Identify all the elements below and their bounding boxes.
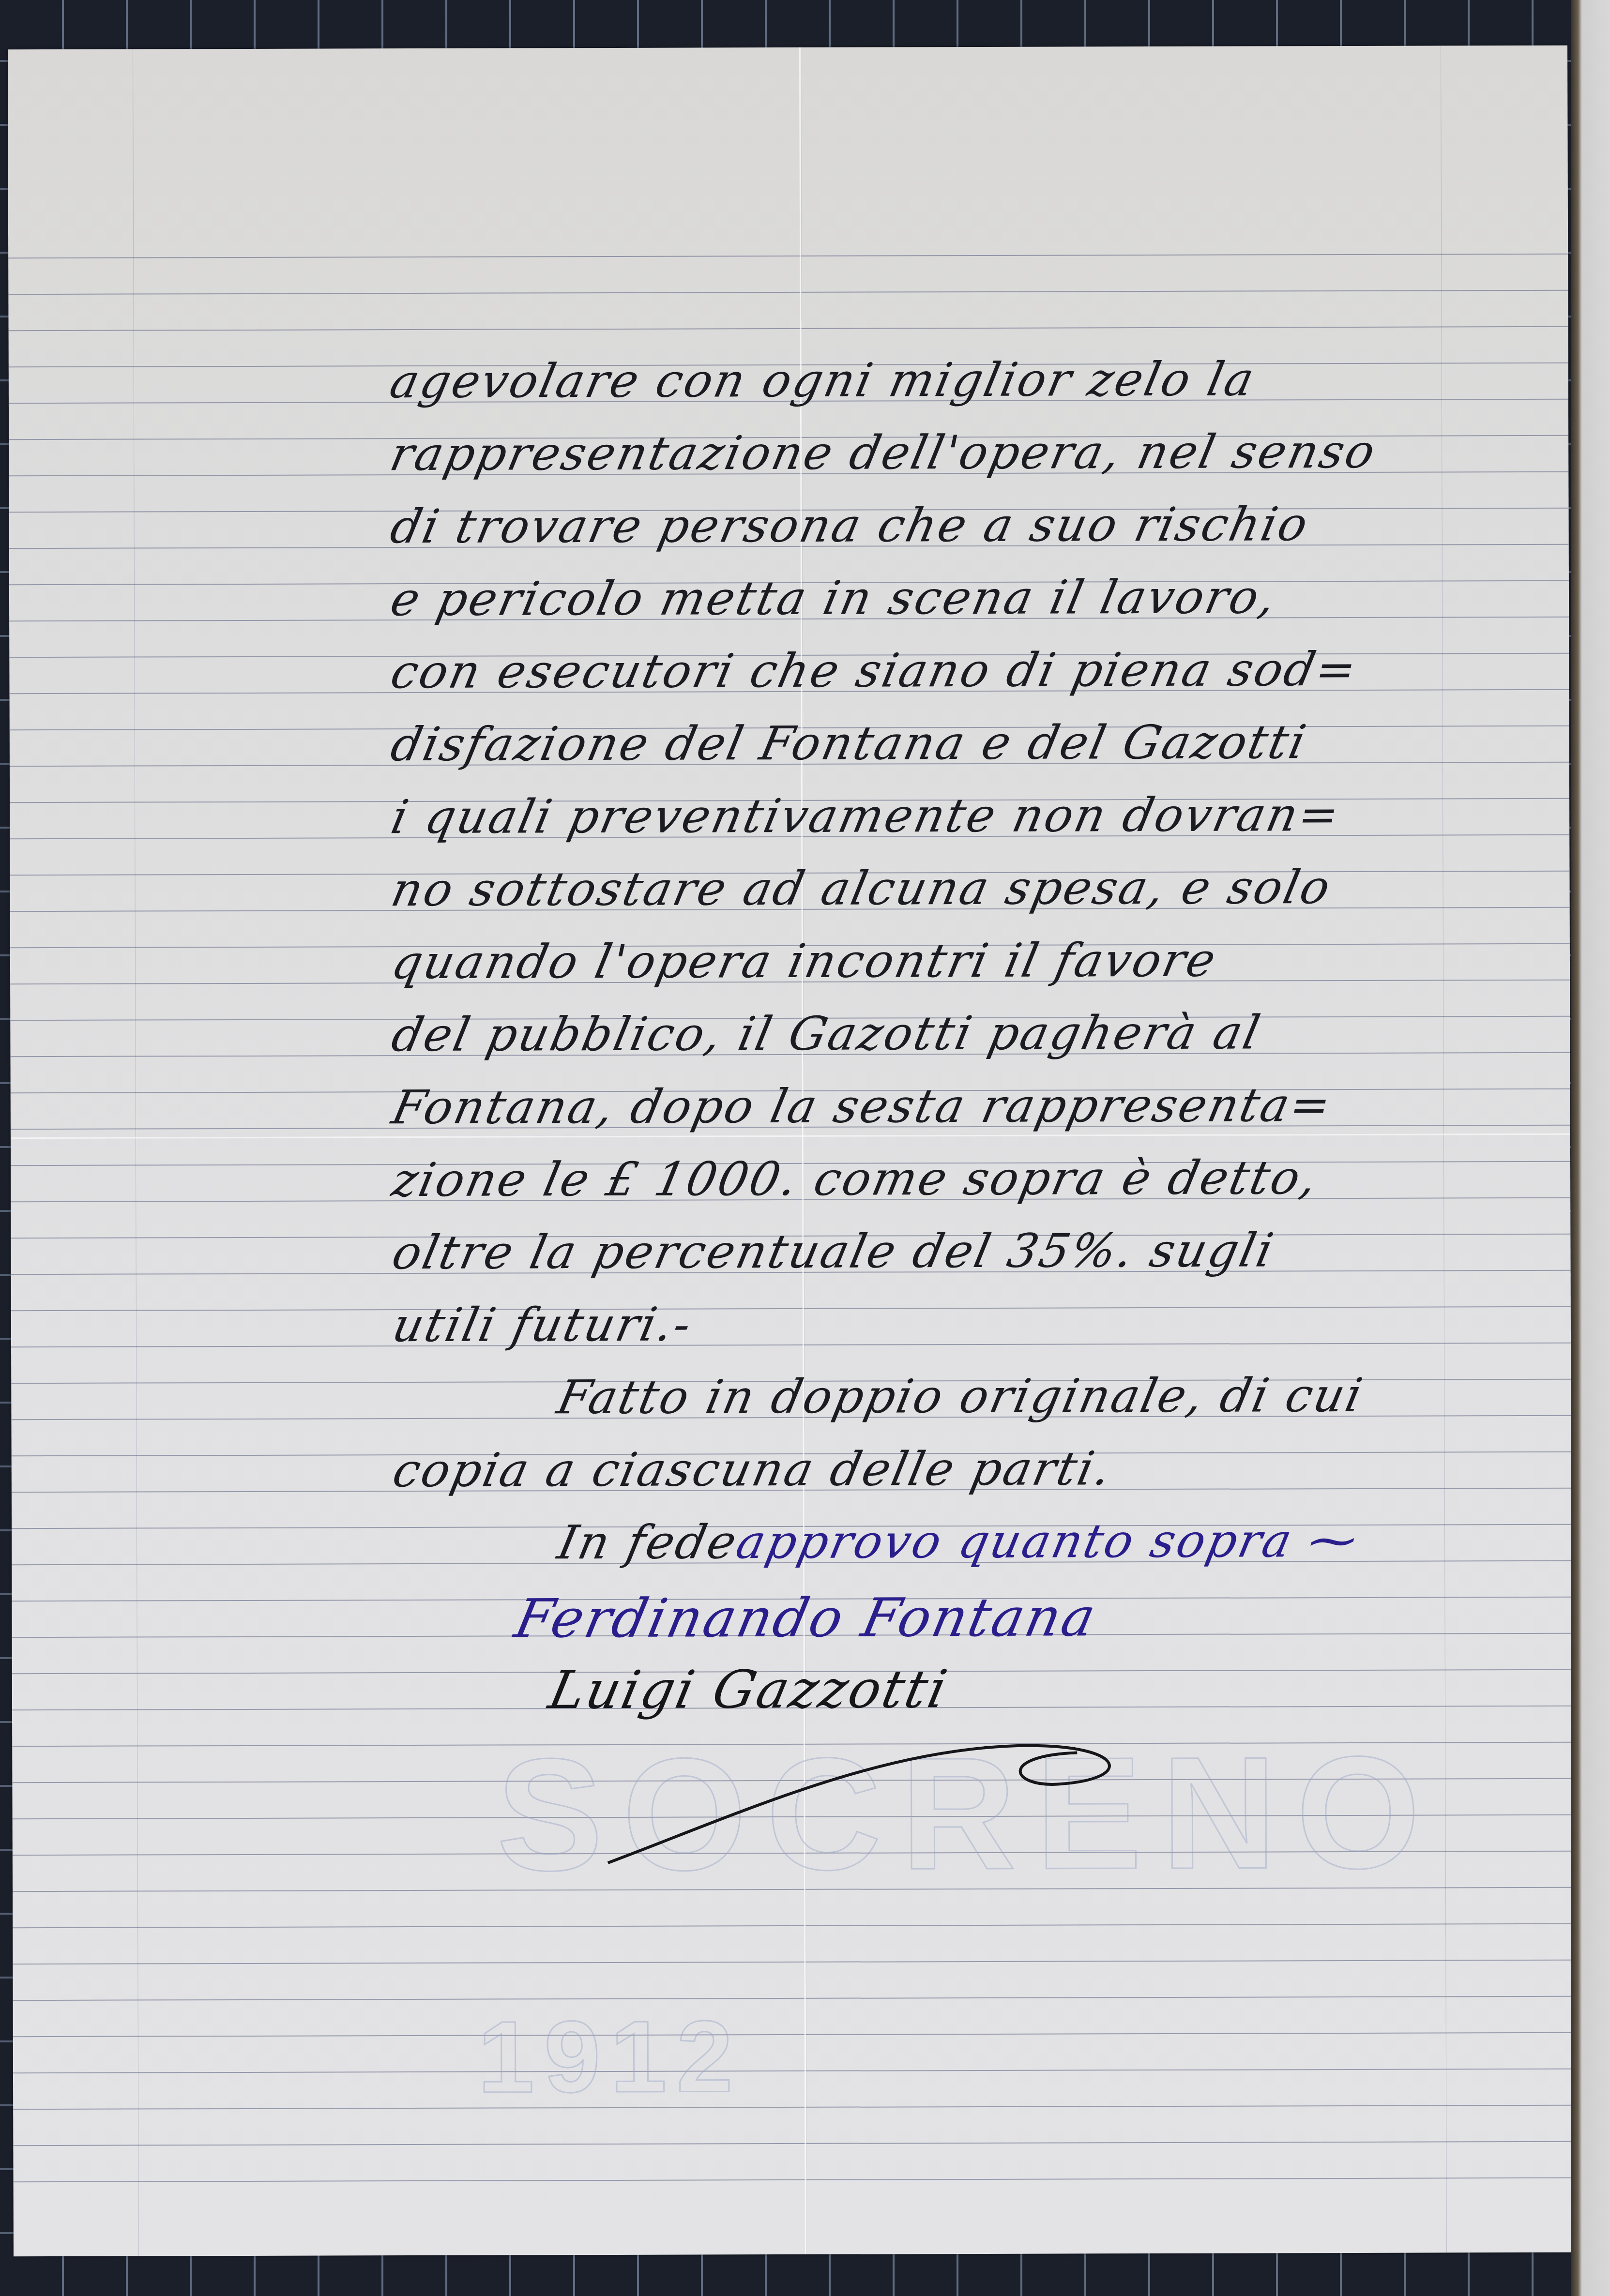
body-line: Fontana, dopo la sesta rappresenta=: [388, 1081, 1473, 1131]
body-line: no sottostare ad alcuna spesa, e solo: [388, 863, 1472, 913]
approval-flourish: ⁓: [1287, 1513, 1364, 1568]
signature-fontana: Ferdinando Fontana: [511, 1589, 1573, 1646]
ruled-line: [13, 1996, 1573, 2001]
body-line: e pericolo metta in scena il lavoro,: [387, 573, 1471, 622]
in-fede-text: In fede: [553, 1515, 743, 1570]
body-line: i quali preventivamente non dovran=: [387, 791, 1472, 840]
embossed-stamp-year: 1912: [478, 1998, 743, 2115]
ruled-line: [8, 254, 1568, 258]
signature-flourish-icon: [593, 1725, 1271, 1873]
ruled-line: [13, 2032, 1573, 2037]
ruled-line: [9, 326, 1568, 331]
closing-line: copia a ciascuna delle parti.: [389, 1444, 1473, 1494]
signature-gazzotti: Luigi Gazzotti: [545, 1662, 1573, 1717]
in-fede-line: In fedeapprovo quanto sopra ⁓: [554, 1517, 1363, 1566]
ruled-line: [13, 1923, 1572, 1928]
ruled-line: [13, 2069, 1573, 2073]
document-sheet: SOCRENO 1912 agevolare con ogni miglior …: [8, 45, 1573, 2256]
adjacent-page-edge: [1571, 0, 1610, 2296]
body-line: con esecutori che siano di piena sod=: [387, 646, 1472, 695]
body-line: oltre la percentuale del 35%. sugli: [389, 1226, 1473, 1276]
body-line: agevolare con ogni miglior zelo la: [386, 355, 1471, 405]
body-line: zione le £ 1000. come sopra è detto,: [388, 1154, 1473, 1203]
horizontal-fold-crease: [11, 1133, 1570, 1139]
ruled-line: [14, 2177, 1573, 2182]
body-line: rappresentazione dell'opera, nel senso: [386, 428, 1471, 477]
body-line: quando l'opera incontri il favore: [388, 936, 1472, 985]
body-line: disfazione del Fontana e del Gazotti: [387, 718, 1472, 768]
ruled-line: [8, 290, 1568, 295]
body-line: utili futuri.-: [389, 1299, 1473, 1348]
ruled-line: [13, 2141, 1573, 2146]
body-line: di trovare persona che a suo rischio: [387, 500, 1471, 550]
ruled-line: [13, 1960, 1572, 1964]
ruled-line: [13, 2105, 1573, 2110]
closing-line: Fatto in doppio originale, di cui: [553, 1371, 1573, 1420]
body-line: del pubblico, il Gazotti pagherà al: [388, 1009, 1472, 1058]
approval-text: approvo quanto sopra: [731, 1513, 1298, 1569]
margin-line: [133, 49, 139, 2256]
